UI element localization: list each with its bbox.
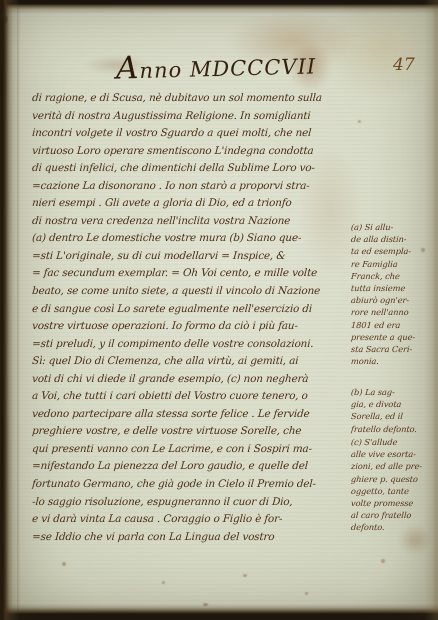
manuscript-text-line: a Voi, che tutti i cari obietti del Vost… bbox=[31, 388, 342, 406]
manuscript-text-line: virtuoso Loro operare smentiscono L'inde… bbox=[31, 143, 342, 161]
foxing-spot bbox=[62, 562, 66, 566]
manuscript-text-line: fortunato Germano, che già gode in Cielo… bbox=[31, 476, 342, 494]
manuscript-text-line: -lo saggio risoluzione, espugneranno il … bbox=[31, 494, 342, 512]
paper-discoloration bbox=[326, 0, 438, 96]
manuscript-text-line: e vi darà vinta La causa . Coraggio o Fi… bbox=[31, 511, 342, 529]
manuscript-text-line: (a) dentro Le domestiche vostre mura (b)… bbox=[31, 230, 342, 248]
manuscript-text-block: di ragione, e di Scusa, nè dubitavo un s… bbox=[32, 90, 342, 546]
manuscript-text-line: verità di nostra Augustissima Religione.… bbox=[31, 108, 342, 126]
manuscript-text-line: =nifestando La pienezza del Loro gaudio,… bbox=[31, 458, 342, 476]
manuscript-text-line: nieri esempi . Gli avete a gloria di Dio… bbox=[31, 195, 342, 213]
book-edge-bottom bbox=[0, 604, 438, 620]
manuscript-text-line: =sti preludi, y il compimento delle vost… bbox=[31, 336, 342, 354]
manuscript-text-line: Sì: quel Dio di Clemenza, che alla virtù… bbox=[31, 353, 342, 371]
manuscript-text-line: = fac secundum exemplar. = Oh Voi cento,… bbox=[31, 265, 342, 283]
book-binding-edge bbox=[0, 0, 20, 620]
manuscript-text-line: e di sangue così Lo sarete egualmente ne… bbox=[31, 301, 342, 319]
manuscript-text-line: vostre virtuose operazioni. Io formo da … bbox=[31, 318, 342, 336]
foxing-spot bbox=[381, 559, 385, 563]
manuscript-text-line: di questi infelici, che dimentichi della… bbox=[31, 160, 342, 178]
manuscript-text-line: incontri volgete il vostro Sguardo a que… bbox=[31, 125, 342, 143]
foxing-spot bbox=[358, 120, 361, 123]
manuscript-text-line: vedono partecipare alla stessa sorte fel… bbox=[31, 406, 342, 424]
foxing-spot bbox=[162, 581, 165, 584]
manuscript-text-line: beato, se come unito siete, a questi il … bbox=[31, 283, 342, 301]
book-edge-top bbox=[0, 0, 438, 14]
folio-number: 47 bbox=[393, 55, 415, 75]
manuscript-text-line: qui presenti vanno con Le Lacrime, e con… bbox=[31, 441, 342, 459]
page-edge-right bbox=[424, 0, 438, 620]
manuscript-scan: Anno MDCCCVII 47 di ragione, e di Scusa,… bbox=[0, 0, 438, 620]
foxing-spot bbox=[243, 574, 247, 577]
manuscript-text-line: =se Iddio che vi parla con La Lingua del… bbox=[31, 529, 342, 547]
manuscript-text-line: di ragione, e di Scusa, nè dubitavo un s… bbox=[31, 90, 342, 108]
page-heading: Anno MDCCCVII bbox=[116, 45, 317, 86]
manuscript-text-line: preghiere vostre, e delle vostre virtuos… bbox=[31, 423, 342, 441]
manuscript-text-line: di nostra vera credenza nell'inclita vos… bbox=[31, 213, 342, 231]
manuscript-text-line: voti di chi vi diede il grande esempio, … bbox=[31, 371, 342, 389]
manuscript-text-line: =cazione La disonorano . Io non starò a … bbox=[31, 178, 342, 196]
manuscript-text-line: =sti L'originale, su di cui modellarvi =… bbox=[31, 248, 342, 266]
foxing-spot bbox=[305, 592, 308, 595]
